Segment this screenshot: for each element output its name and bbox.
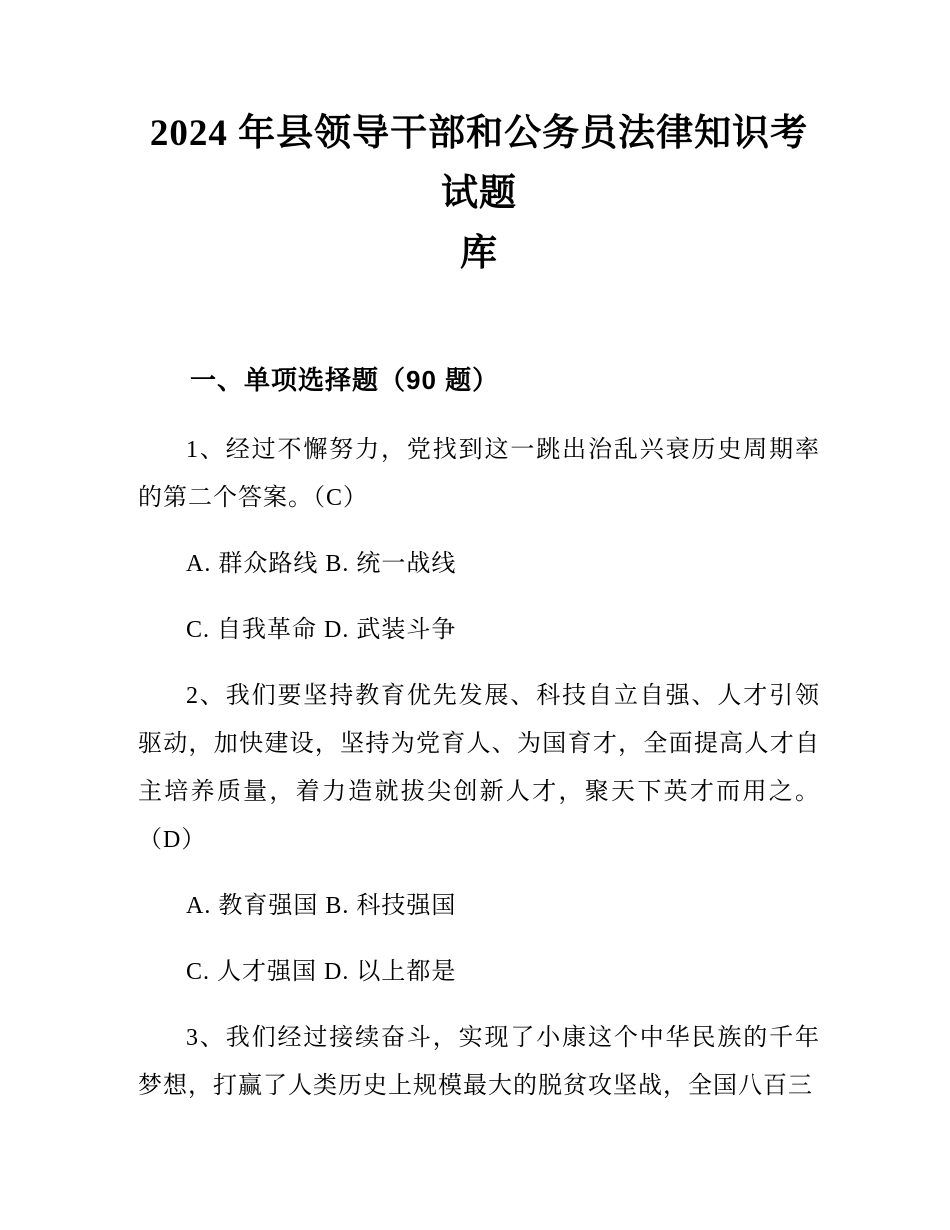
document-page: 2024 年县领导干部和公务员法律知识考试题 库 一、单项选择题（90 题） 1… (0, 0, 950, 1230)
document-title: 2024 年县领导干部和公务员法律知识考试题 库 (138, 104, 820, 284)
question-1-options-ab: A. 群众路线 B. 统一战线 (138, 540, 820, 588)
document-content: 2024 年县领导干部和公务员法律知识考试题 库 一、单项选择题（90 题） 1… (138, 0, 820, 1128)
question-1-options-cd: C. 自我革命 D. 武装斗争 (138, 606, 820, 654)
question-2-text: 2、我们要坚持教育优先发展、科技自立自强、人才引领驱动，加快建设，坚持为党育人、… (138, 672, 820, 864)
question-2-options-cd: C. 人才强国 D. 以上都是 (138, 948, 820, 996)
question-1-text: 1、经过不懈努力，党找到这一跳出治乱兴衰历史周期率的第二个答案。（C） (138, 426, 820, 522)
title-line-1: 2024 年县领导干部和公务员法律知识考试题 (138, 104, 820, 224)
section-heading: 一、单项选择题（90 题） (138, 360, 820, 400)
question-3-text: 3、我们经过接续奋斗，实现了小康这个中华民族的千年梦想，打赢了人类历史上规模最大… (138, 1014, 820, 1110)
question-2-options-ab: A. 教育强国 B. 科技强国 (138, 882, 820, 930)
title-line-2: 库 (138, 224, 820, 284)
